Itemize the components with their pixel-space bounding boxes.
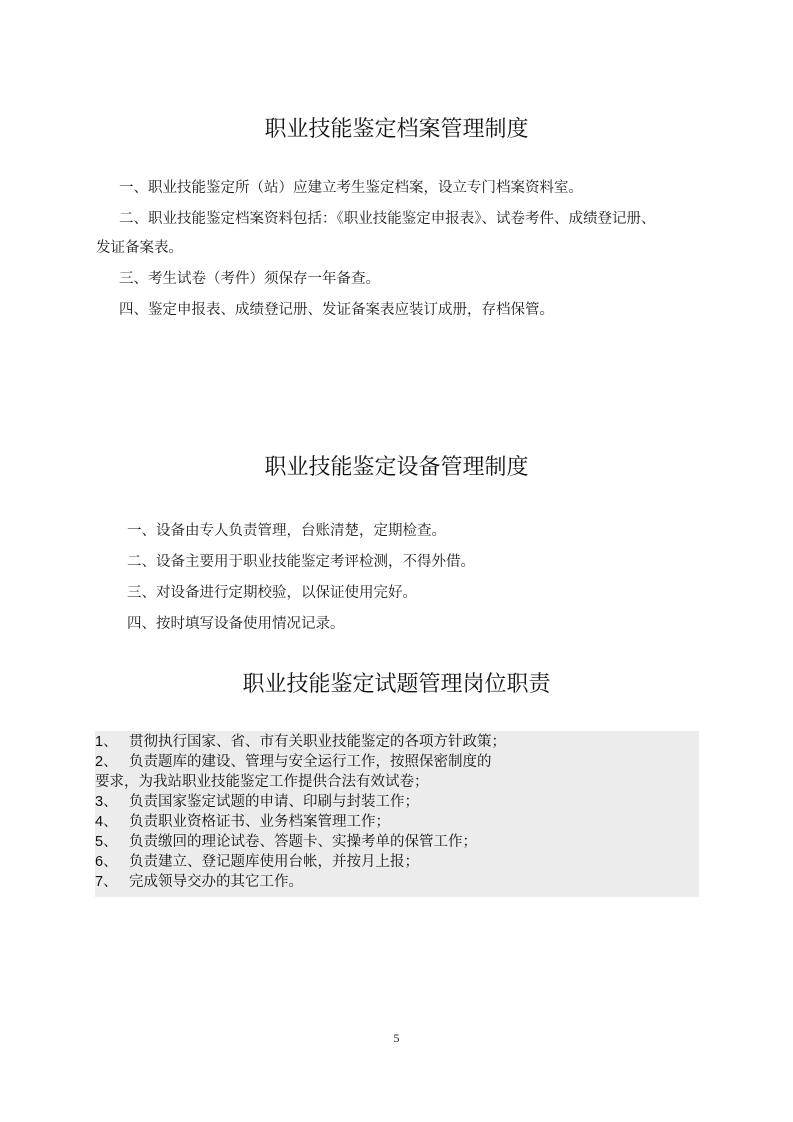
duty-text: 要求，为我站职业技能鉴定工作提供合法有效试卷； [95,774,429,790]
equipment-policy-item-1: 一、设备由专人负责管理，台账清楚，定期检查。 [127,521,446,541]
duty-number: 3、 [95,792,129,812]
equipment-policy-item-4: 四、按时填写设备使用情况记录。 [127,614,345,634]
equipment-policy-item-2: 二、设备主要用于职业技能鉴定考评检测，不得外借。 [127,552,475,572]
duty-item-3: 3、负责国家鉴定试题的申请、印刷与封装工作； [95,792,419,812]
duty-text: 完成领导交办的其它工作。 [129,874,303,890]
archive-policy-item-2: 二、职业技能鉴定档案资料包括：《职业技能鉴定申报表》、试卷考件、成绩登记册、 [119,209,656,229]
archive-policy-item-2-cont: 发证备案表。 [96,238,183,258]
archive-policy-item-4: 四、鉴定申报表、成绩登记册、发证备案表应装订成册，存档保管。 [119,300,554,320]
duty-item-6: 6、负责建立、登记题库使用台帐，并按月上报； [95,852,419,872]
duty-text: 负责国家鉴定试题的申请、印刷与封装工作； [129,794,419,810]
equipment-policy-item-3: 三、对设备进行定期校验，以保证使用完好。 [127,583,417,603]
duty-text: 负责职业资格证书、业务档案管理工作； [129,814,390,830]
duty-number: 5、 [95,832,129,852]
duty-item-2-cont: 要求，为我站职业技能鉴定工作提供合法有效试卷； [95,772,429,792]
duty-item-1: 1、贯彻执行国家、省、市有关职业技能鉴定的各项方针政策； [95,732,506,752]
page-number: 5 [0,1031,793,1046]
equipment-policy-title: 职业技能鉴定设备管理制度 [0,454,793,482]
duty-text: 负责题库的建设、管理与安全运行工作，按照保密制度的 [129,754,492,770]
duty-number: 4、 [95,812,129,832]
archive-policy-item-3: 三、考生试卷（考件）须保存一年备查。 [119,269,380,289]
duty-number: 2、 [95,752,129,772]
exam-duties-title: 职业技能鉴定试题管理岗位职责 [0,671,793,699]
archive-policy-item-1: 一、职业技能鉴定所（站）应建立考生鉴定档案，设立专门档案资料室。 [119,178,583,198]
duty-text: 负责建立、登记题库使用台帐，并按月上报； [129,854,419,870]
exam-duties-box: 1、贯彻执行国家、省、市有关职业技能鉴定的各项方针政策； 2、负责题库的建设、管… [95,731,699,897]
duty-item-7: 7、完成领导交办的其它工作。 [95,872,303,892]
duty-number: 6、 [95,852,129,872]
duty-number: 7、 [95,872,129,892]
archive-policy-title: 职业技能鉴定档案管理制度 [0,116,793,144]
duty-item-4: 4、负责职业资格证书、业务档案管理工作； [95,812,390,832]
duty-text: 贯彻执行国家、省、市有关职业技能鉴定的各项方针政策； [129,734,506,750]
duty-item-2: 2、负责题库的建设、管理与安全运行工作，按照保密制度的 [95,752,492,772]
duty-text: 负责缴回的理论试卷、答题卡、实操考单的保管工作； [129,834,477,850]
duty-item-5: 5、负责缴回的理论试卷、答题卡、实操考单的保管工作； [95,832,477,852]
duty-number: 1、 [95,732,129,752]
